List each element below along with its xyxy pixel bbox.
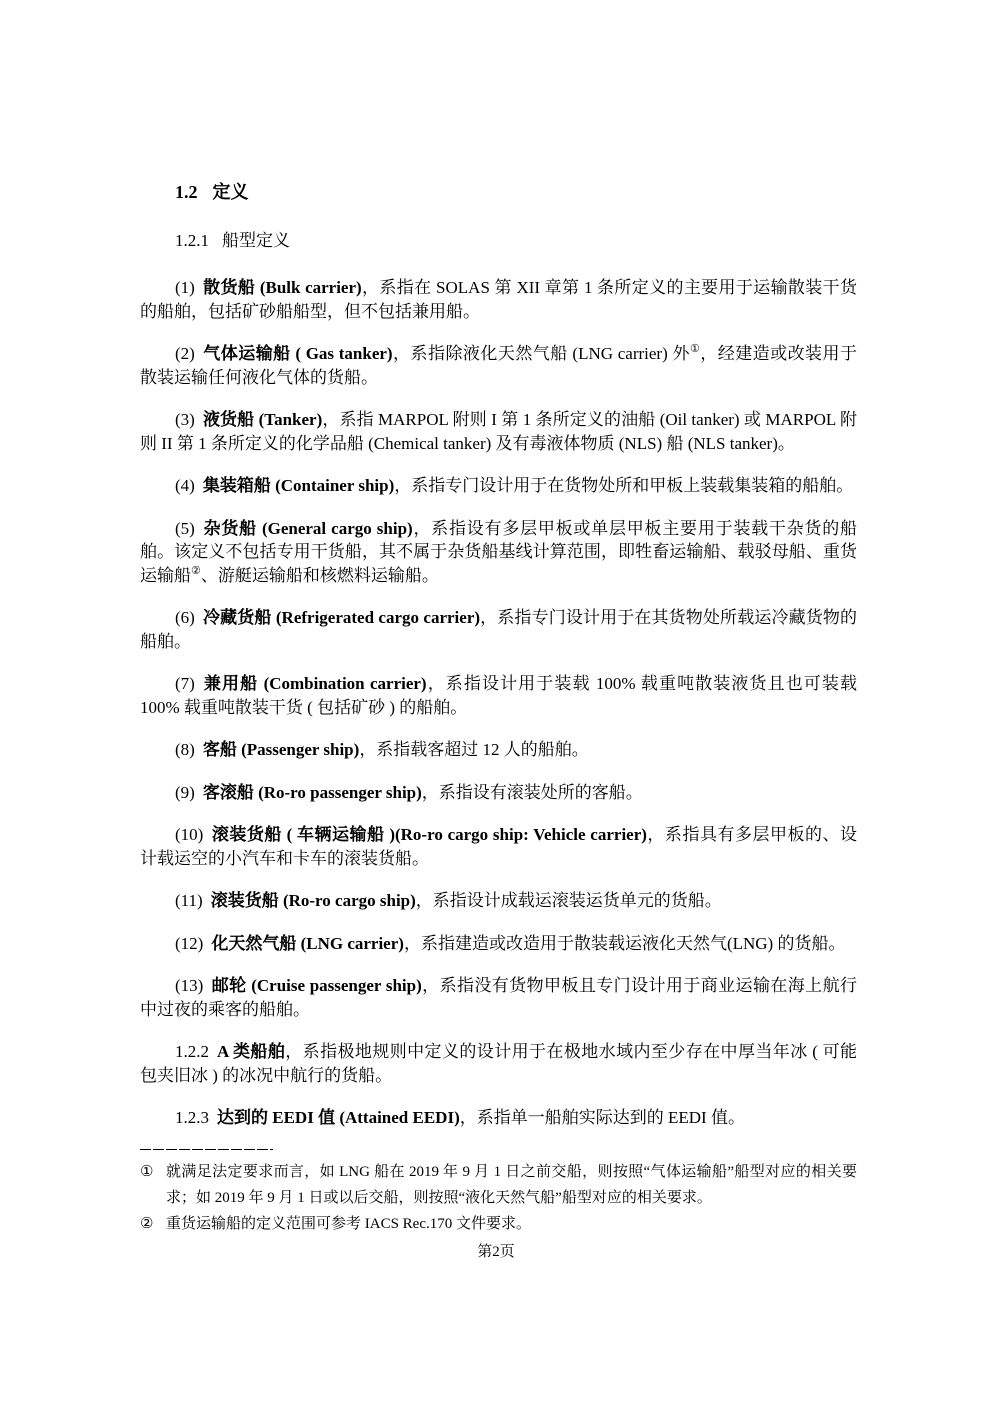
definition-2: (2)气体运输船 ( Gas tanker)，系指除液化天然气船 (LNG ca… bbox=[140, 342, 857, 389]
definition-10: (10)滚装货船 ( 车辆运输船 )(Ro-ro cargo ship: Veh… bbox=[140, 823, 857, 870]
definition-term: 滚装货船 (Ro-ro cargo ship) bbox=[211, 891, 416, 910]
definition-6: (6)冷藏货船 (Refrigerated cargo carrier)，系指专… bbox=[140, 606, 857, 653]
section-term: A 类船舶 bbox=[217, 1042, 285, 1061]
footnote-separator bbox=[140, 1149, 273, 1150]
definition-13: (13)邮轮 (Cruise passenger ship)，系指没有货物甲板且… bbox=[140, 974, 857, 1021]
definition-number: (1) bbox=[175, 278, 195, 297]
definition-text: ，系指建造或改造用于散装载运液化天然气(LNG) 的货船。 bbox=[404, 934, 846, 953]
definition-9: (9)客滚船 (Ro-ro passenger ship)，系指设有滚装处所的客… bbox=[140, 781, 857, 805]
section-heading-title: 定义 bbox=[213, 182, 249, 202]
definition-number: (10) bbox=[175, 825, 203, 844]
definition-5: (5)杂货船 (General cargo ship)，系指设有多层甲板或单层甲… bbox=[140, 517, 857, 588]
footnote-marker: ② bbox=[140, 1211, 166, 1237]
definition-term: 集装箱船 (Container ship) bbox=[203, 476, 394, 495]
definition-text: ，系指专门设计用于在货物处所和甲板上装载集装箱的船舶。 bbox=[394, 476, 853, 495]
document-content: 1.2定义 1.2.1船型定义 (1)散货船 (Bulk carrier)，系指… bbox=[140, 181, 857, 1237]
section-text: ，系指单一船舶实际达到的 EEDI 值。 bbox=[460, 1108, 745, 1127]
footnote-ref-1: ① bbox=[690, 343, 700, 355]
section-number: 1.2.2 bbox=[175, 1042, 209, 1061]
footnote-1: ① 就满足法定要求而言，如 LNG 船在 2019 年 9 月 1 日之前交船，… bbox=[140, 1159, 857, 1211]
definition-text: ，系指设计成载运滚装运货单元的货船。 bbox=[416, 891, 722, 910]
definition-term: 气体运输船 ( Gas tanker) bbox=[203, 344, 393, 363]
definition-7: (7)兼用船 (Combination carrier)，系指设计用于装载 10… bbox=[140, 672, 857, 719]
footnote-text: 就满足法定要求而言，如 LNG 船在 2019 年 9 月 1 日之前交船，则按… bbox=[166, 1159, 857, 1211]
definition-11: (11)滚装货船 (Ro-ro cargo ship)，系指设计成载运滚装运货单… bbox=[140, 889, 857, 913]
definition-text: ，系指载客超过 12 人的船舶。 bbox=[359, 740, 589, 759]
footnote-2: ② 重货运输船的定义范围可参考 IACS Rec.170 文件要求。 bbox=[140, 1211, 857, 1237]
definition-number: (13) bbox=[175, 976, 203, 995]
definition-number: (9) bbox=[175, 783, 195, 802]
definition-number: (5) bbox=[175, 519, 195, 538]
definition-term: 客滚船 (Ro-ro passenger ship) bbox=[203, 783, 422, 802]
definition-number: (4) bbox=[175, 476, 195, 495]
definition-term: 杂货船 (General cargo ship) bbox=[203, 519, 413, 538]
section-heading-number: 1.2 bbox=[175, 182, 198, 202]
subsection-heading-title: 船型定义 bbox=[222, 231, 290, 250]
definition-number: (7) bbox=[175, 674, 195, 693]
definition-text: 、游艇运输船和核燃料运输船。 bbox=[201, 566, 439, 585]
section-1-2-3: 1.2.3达到的 EEDI 值 (Attained EEDI)，系指单一船舶实际… bbox=[140, 1106, 857, 1130]
definition-term: 冷藏货船 (Refrigerated cargo carrier) bbox=[203, 608, 480, 627]
section-1-2-2: 1.2.2A 类船舶，系指极地规则中定义的设计用于在极地水域内至少存在中厚当年冰… bbox=[140, 1040, 857, 1087]
definition-term: 客船 (Passenger ship) bbox=[203, 740, 359, 759]
definition-term: 滚装货船 ( 车辆运输船 )(Ro-ro cargo ship: Vehicle… bbox=[211, 825, 647, 844]
definition-term: 液货船 (Tanker) bbox=[203, 410, 322, 429]
footnote-text: 重货运输船的定义范围可参考 IACS Rec.170 文件要求。 bbox=[166, 1211, 857, 1237]
definition-number: (3) bbox=[175, 410, 195, 429]
subsection-heading-number: 1.2.1 bbox=[175, 231, 209, 250]
definition-4: (4)集装箱船 (Container ship)，系指专门设计用于在货物处所和甲… bbox=[140, 474, 857, 498]
footnote-ref-2: ② bbox=[191, 565, 201, 577]
definition-3: (3)液货船 (Tanker)，系指 MARPOL 附则 I 第 1 条所定义的… bbox=[140, 408, 857, 455]
definition-12: (12)化天然气船 (LNG carrier)，系指建造或改造用于散装载运液化天… bbox=[140, 932, 857, 956]
document-page: 1.2定义 1.2.1船型定义 (1)散货船 (Bulk carrier)，系指… bbox=[0, 0, 992, 1403]
definition-8: (8)客船 (Passenger ship)，系指载客超过 12 人的船舶。 bbox=[140, 738, 857, 762]
footnote-marker: ① bbox=[140, 1159, 166, 1211]
definition-term: 兼用船 (Combination carrier) bbox=[203, 674, 427, 693]
definition-1: (1)散货船 (Bulk carrier)，系指在 SOLAS 第 XII 章第… bbox=[140, 276, 857, 323]
page-number: 第2页 bbox=[0, 1240, 992, 1261]
section-heading: 1.2定义 bbox=[175, 181, 857, 205]
section-number: 1.2.3 bbox=[175, 1108, 209, 1127]
definition-number: (6) bbox=[175, 608, 195, 627]
definition-number: (11) bbox=[175, 891, 203, 910]
definition-term: 化天然气船 (LNG carrier) bbox=[211, 934, 404, 953]
section-term: 达到的 EEDI 值 (Attained EEDI) bbox=[217, 1108, 460, 1127]
subsection-heading: 1.2.1船型定义 bbox=[175, 229, 857, 253]
definition-term: 散货船 (Bulk carrier) bbox=[203, 278, 362, 297]
definition-text: ，系指除液化天然气船 (LNG carrier) 外 bbox=[393, 344, 690, 363]
definition-term: 邮轮 (Cruise passenger ship) bbox=[211, 976, 421, 995]
definition-number: (2) bbox=[175, 344, 195, 363]
definition-number: (12) bbox=[175, 934, 203, 953]
definition-number: (8) bbox=[175, 740, 195, 759]
definition-text: ，系指设有滚装处所的客船。 bbox=[422, 783, 643, 802]
